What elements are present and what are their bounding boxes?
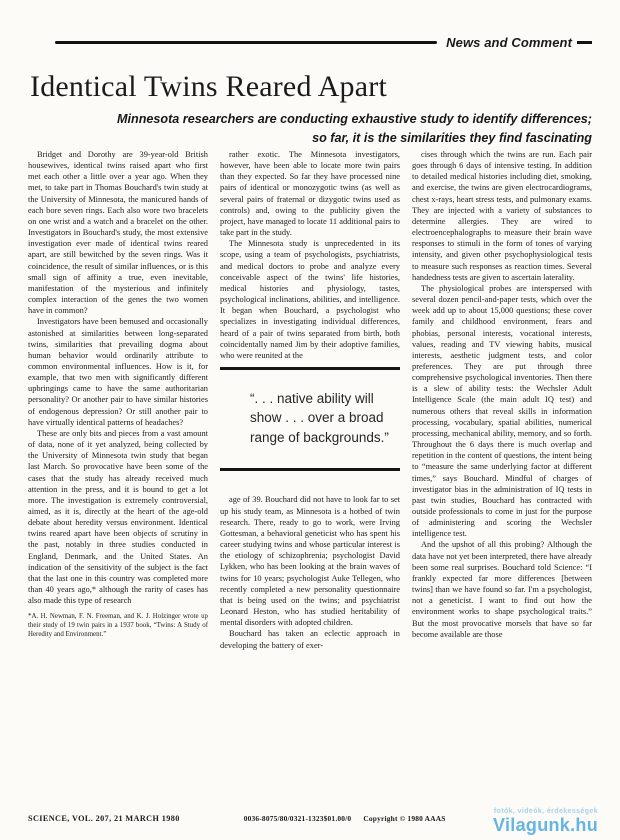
copyright-text: Copyright © 1980 AAAS	[363, 814, 445, 823]
body-paragraph: These are only bits and pieces from a va…	[28, 428, 208, 607]
article-subtitle: Minnesota researchers are conducting exh…	[60, 110, 592, 147]
subtitle-line-1: Minnesota researchers are conducting exh…	[60, 110, 592, 129]
subtitle-line-2: so far, it is the similarities they find…	[60, 129, 592, 148]
watermark-site-name: Vilagunk.hu	[493, 816, 598, 834]
section-label: News and Comment	[446, 35, 572, 50]
header-rule-right	[577, 41, 592, 44]
body-paragraph: cises through which the twins are run. E…	[412, 149, 592, 283]
body-paragraph: Bouchard has taken an eclectic approach …	[220, 628, 400, 650]
watermark-tagline: fotók, videók, érdekességek	[493, 808, 598, 815]
column-2: rather exotic. The Minnesota investigato…	[220, 149, 400, 651]
body-paragraph: Bridget and Dorothy are 39-year-old Brit…	[28, 149, 208, 316]
article-body: Bridget and Dorothy are 39-year-old Brit…	[28, 149, 592, 651]
column-1: Bridget and Dorothy are 39-year-old Brit…	[28, 149, 208, 651]
body-paragraph: Investigators have been bemused and occa…	[28, 316, 208, 428]
issn-code: 0036-8075/80/0321-1323$01.00/0	[244, 814, 352, 823]
body-paragraph: age of 39. Bouchard did not have to look…	[220, 494, 400, 628]
copyright-line: 0036-8075/80/0321-1323$01.00/0 Copyright…	[244, 814, 456, 823]
magazine-page: News and Comment Identical Twins Reared …	[0, 0, 620, 840]
body-paragraph: rather exotic. The Minnesota investigato…	[220, 149, 400, 238]
body-paragraph: The Minnesota study is unprecedented in …	[220, 238, 400, 361]
header-rule-left	[55, 41, 437, 44]
footnote: *A. H. Newman, F. N. Freeman, and K. J. …	[28, 613, 208, 639]
section-header: News and Comment	[55, 35, 592, 50]
site-watermark: fotók, videók, érdekességek Vilagunk.hu	[493, 808, 598, 834]
article-title: Identical Twins Reared Apart	[30, 70, 592, 104]
body-paragraph: And the upshot of all this probing? Alth…	[412, 539, 592, 639]
journal-volume-line: SCIENCE, VOL. 207, 21 MARCH 1980	[28, 814, 180, 823]
pull-quote: “. . . native ability will show . . . ov…	[220, 367, 400, 472]
column-3: cises through which the twins are run. E…	[412, 149, 592, 651]
body-paragraph: The physiological probes are intersperse…	[412, 283, 592, 540]
